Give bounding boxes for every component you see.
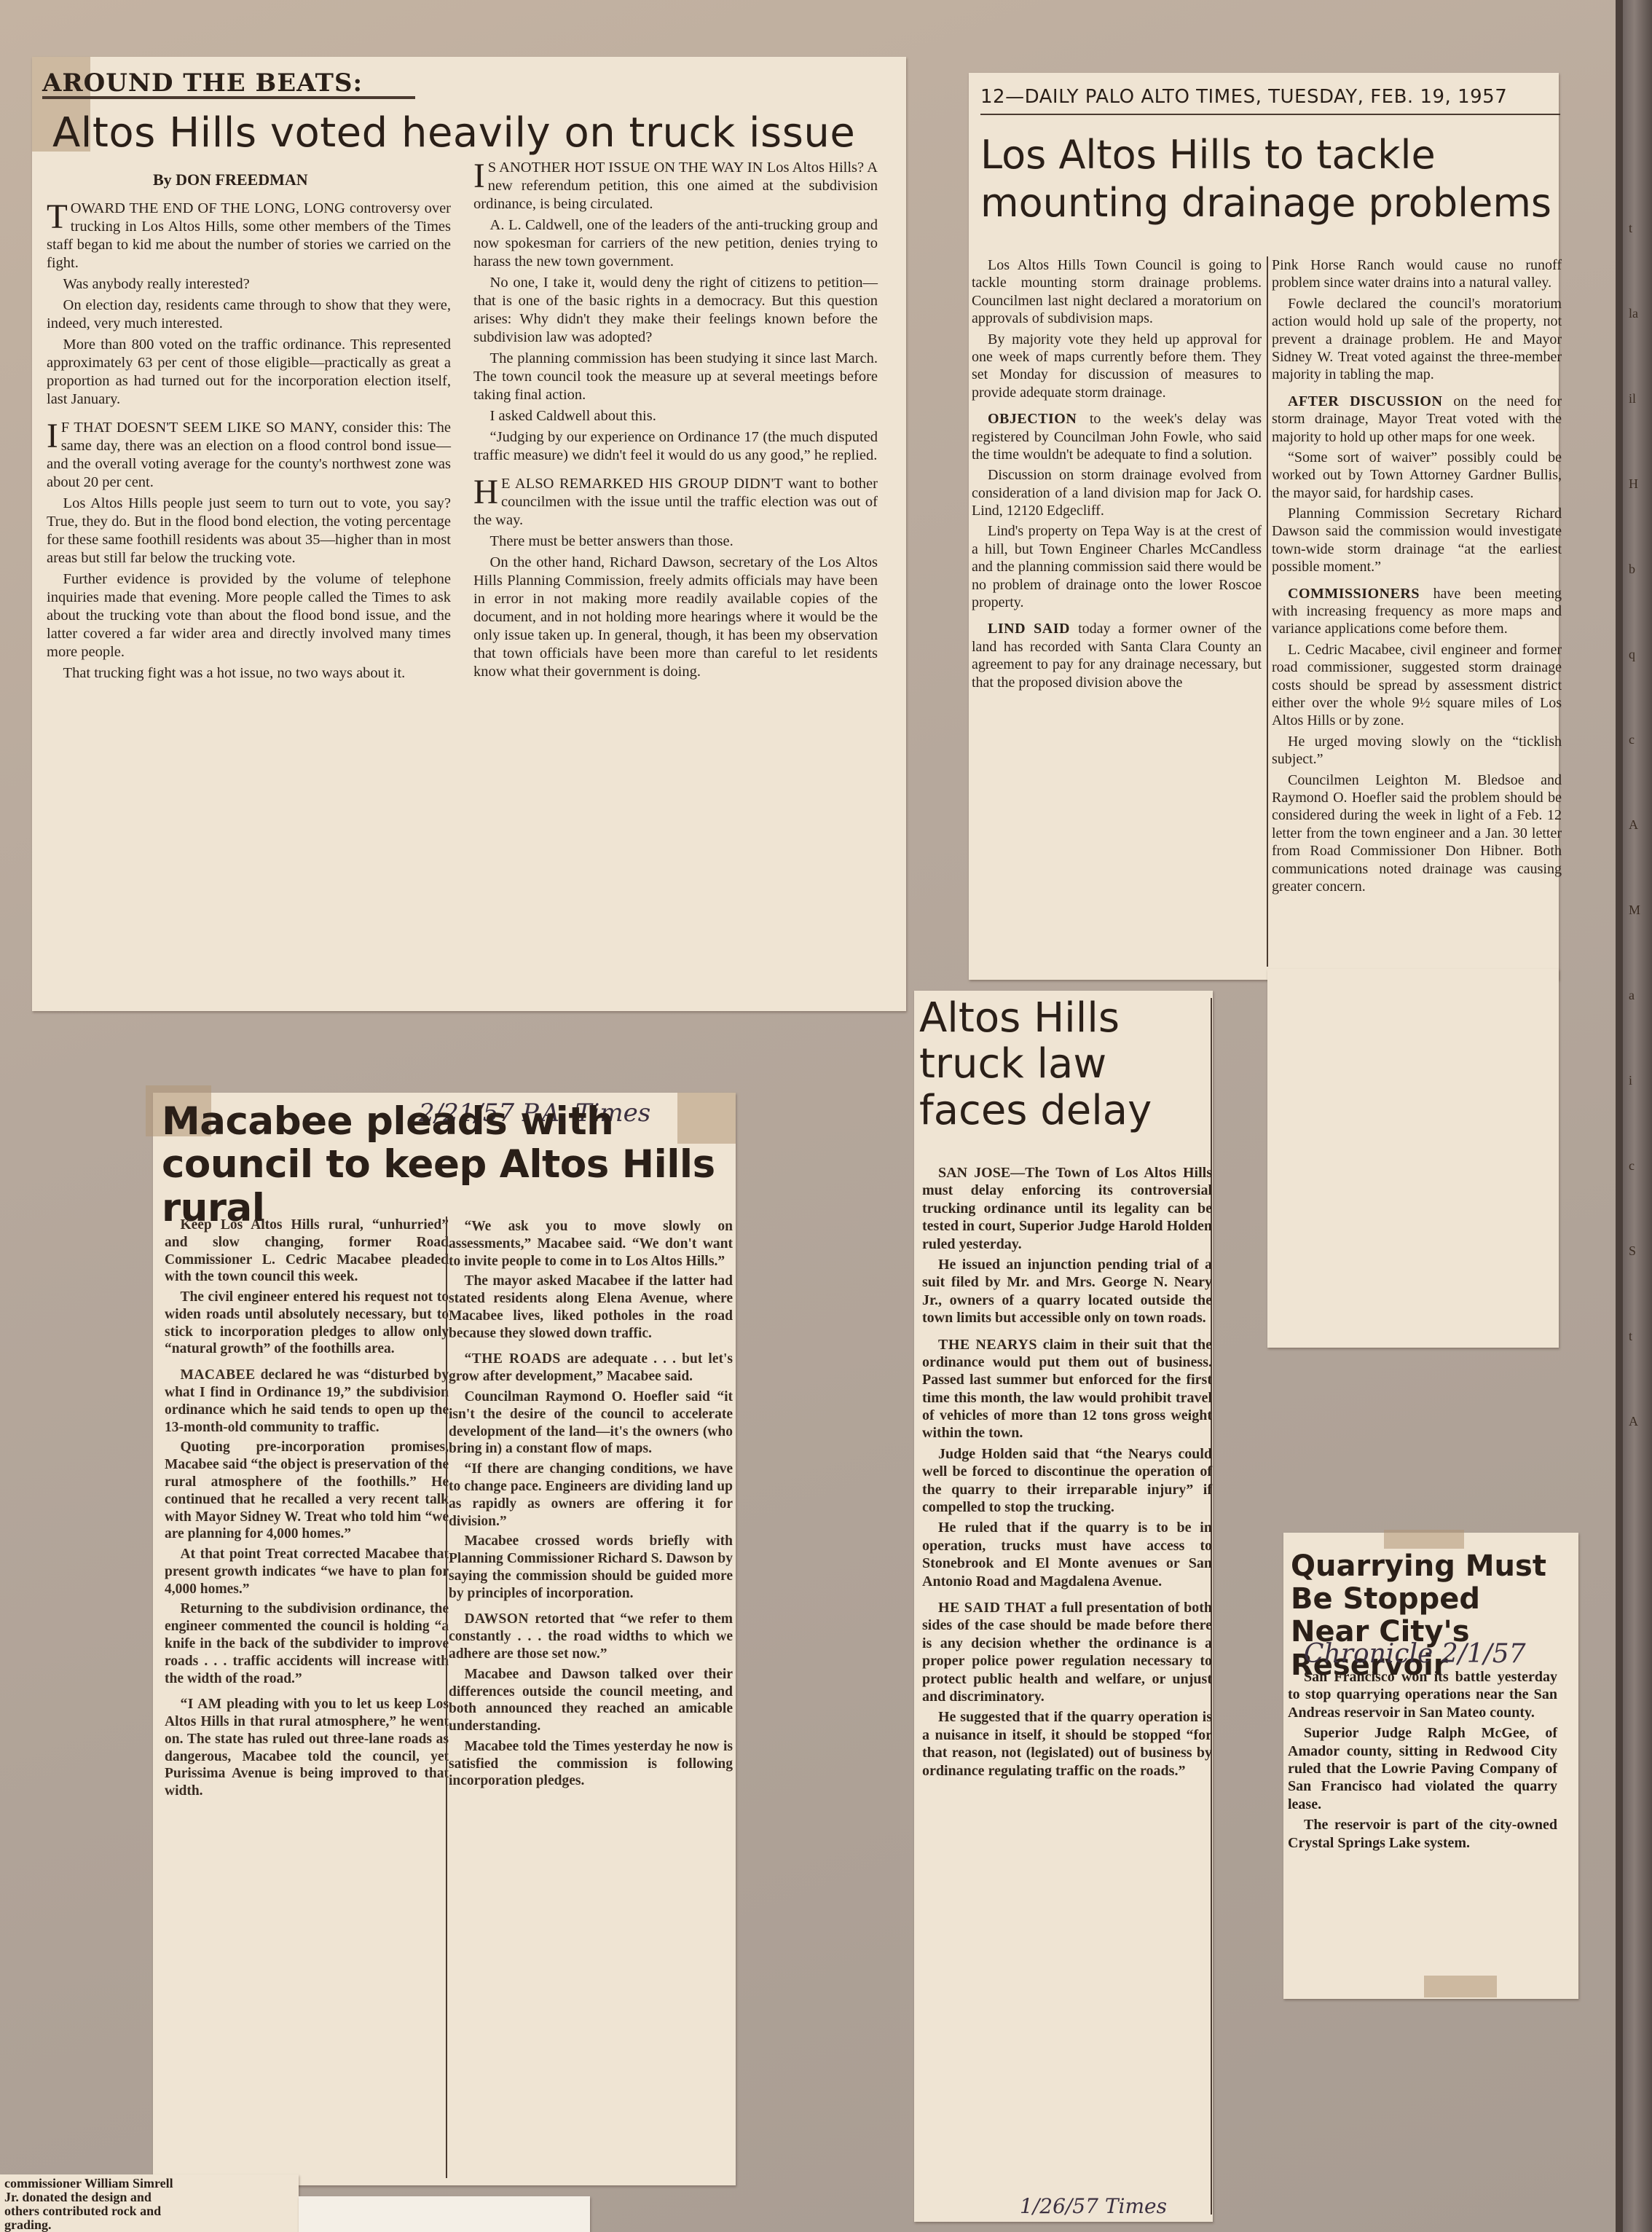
paragraph: Quoting pre-incorporation promises, Maca…	[165, 1439, 449, 1543]
paragraph: Los Altos Hills Town Council is going to…	[972, 256, 1262, 328]
paragraph: Discussion on storm drainage evolved fro…	[972, 466, 1262, 519]
paragraph: He ruled that if the quarry is to be in …	[922, 1519, 1212, 1590]
paragraph: Fowle declared the council's moratorium …	[1272, 295, 1562, 384]
edge-letter: A	[1629, 815, 1640, 835]
paragraph: By majority vote they held up approval f…	[972, 331, 1262, 402]
handwritten-source-note: Chronicle 2/1/57	[1304, 1639, 1526, 1669]
paragraph: On the other hand, Richard Dawson, secre…	[473, 554, 878, 681]
headline: Los Altos Hills to tackle mounting drain…	[980, 131, 1563, 227]
paragraph: “If there are changing conditions, we ha…	[449, 1461, 733, 1530]
paragraph: Judge Holden said that “the Nearys could…	[922, 1445, 1212, 1517]
paragraph: Los Altos Hills people just seem to turn…	[47, 495, 451, 567]
adjacent-page-fragment: tlailHbqcAMaicStA	[1629, 219, 1640, 1497]
paragraph: He urged moving slowly on the “ticklish …	[1272, 733, 1562, 769]
paragraph: Pink Horse Ranch would cause no runoff p…	[1272, 256, 1562, 292]
paragraph: HE ALSO REMARKED HIS GROUP DIDN'T want t…	[473, 475, 878, 530]
paragraph: He suggested that if the quarry operatio…	[922, 1708, 1212, 1780]
column-rule	[1267, 256, 1268, 967]
edge-letter: t	[1629, 1327, 1640, 1346]
lead-in-caps: E ALSO REMARKED HIS GROUP DIDN'T	[501, 476, 788, 492]
edge-letter: b	[1629, 559, 1640, 579]
paragraph: There must be better answers than those.	[473, 533, 878, 551]
lead-in-caps: S ANOTHER HOT ISSUE ON THE WAY IN	[488, 160, 767, 176]
edge-letter: q	[1629, 645, 1640, 664]
lead-in-caps: OWARD THE END OF THE LONG, LONG	[71, 200, 350, 216]
paragraph: Macabee crossed words briefly with Plann…	[449, 1533, 733, 1602]
paragraph: “THE ROADS are adequate . . . but let's …	[449, 1351, 733, 1386]
edge-letter: S	[1629, 1241, 1640, 1261]
article-column: IS ANOTHER HOT ISSUE ON THE WAY IN Los A…	[473, 159, 878, 684]
paragraph: The civil engineer entered his request n…	[165, 1289, 449, 1358]
fragment-text: commissioner William SimrellJr. donated …	[4, 2177, 288, 2232]
drop-cap: T	[47, 203, 68, 232]
tape	[1424, 1976, 1497, 1997]
paragraph: More than 800 voted on the traffic ordin…	[47, 336, 451, 409]
edge-letter: il	[1629, 389, 1640, 409]
paragraph: San Francisco won its battle yesterday t…	[1288, 1668, 1557, 1721]
paragraph: HE SAID THAT a full presentation of both…	[922, 1599, 1212, 1705]
paragraph: “We ask you to move slowly on assessment…	[449, 1218, 733, 1270]
dateline: 12—DAILY PALO ALTO TIMES, TUESDAY, FEB. …	[980, 86, 1507, 108]
clipping-fragment-blank	[299, 2196, 590, 2232]
paragraph: Councilmen Leighton M. Bledsoe and Raymo…	[1272, 771, 1562, 896]
paragraph: Councilman Raymond O. Hoefler said “it i…	[449, 1388, 733, 1458]
paragraph: Superior Judge Ralph McGee, of Amador co…	[1288, 1724, 1557, 1813]
edge-letter: H	[1629, 474, 1640, 494]
paragraph: The reservoir is part of the city-owned …	[1288, 1816, 1557, 1852]
edge-letter: c	[1629, 730, 1640, 750]
paragraph: On election day, residents came through …	[47, 296, 451, 333]
paragraph: Macabee told the Times yesterday he now …	[449, 1738, 733, 1790]
paragraph: IS ANOTHER HOT ISSUE ON THE WAY IN Los A…	[473, 159, 878, 213]
column-kicker: AROUND THE BEATS:	[42, 68, 363, 98]
paragraph: TOWARD THE END OF THE LONG, LONG controv…	[47, 200, 451, 272]
lead-in-caps: F THAT DOESN'T SEEM LIKE SO MANY,	[61, 420, 342, 436]
edge-letter: c	[1629, 1156, 1640, 1176]
clipping-drainage-continued	[1267, 969, 1559, 1348]
paragraph: AFTER DISCUSSION on the need for storm d…	[1272, 393, 1562, 446]
edge-letter: M	[1629, 900, 1640, 920]
fragment-line: Jr. donated the design and	[4, 2190, 288, 2204]
handwritten-date-note: 1/26/57 Times	[1020, 2194, 1167, 2218]
bold-lead-in: COMMISSIONERS	[1288, 586, 1433, 602]
paragraph: That trucking fight was a hot issue, no …	[47, 664, 451, 683]
article-column: SAN JOSE—The Town of Los Altos Hills mus…	[922, 1164, 1212, 1783]
paragraph: Lind's property on Tepa Way is at the cr…	[972, 522, 1262, 611]
bold-lead-in: OBJECTION	[988, 411, 1090, 427]
paragraph: L. Cedric Macabee, civil engineer and fo…	[1272, 641, 1562, 730]
headline: Macabee pleads with council to keep Alto…	[162, 1100, 737, 1230]
paragraph: I asked Caldwell about this.	[473, 407, 878, 425]
edge-letter: la	[1629, 304, 1640, 323]
fragment-line: commissioner William Simrell	[4, 2177, 288, 2190]
paragraph: “Some sort of waiver” possibly could be …	[1272, 449, 1562, 502]
drop-cap: I	[473, 162, 485, 191]
article-column: San Francisco won its battle yesterday t…	[1288, 1668, 1557, 1855]
article-column: TOWARD THE END OF THE LONG, LONG controv…	[47, 200, 451, 685]
bold-lead-in: “THE ROADS	[464, 1351, 567, 1367]
bold-lead-in: HE SAID THAT	[938, 1600, 1050, 1616]
edge-letter: t	[1629, 219, 1640, 238]
bold-lead-in: MACABEE	[180, 1367, 260, 1383]
article-column: “We ask you to move slowly on assessment…	[449, 1218, 733, 1793]
paragraph: “Judging by our experience on Ordinance …	[473, 428, 878, 465]
kicker-underline	[42, 96, 415, 99]
paragraph: Keep Los Altos Hills rural, “unhurried” …	[165, 1217, 449, 1286]
tape	[1384, 1530, 1464, 1549]
headline: Altos Hills voted heavily on truck issue	[52, 109, 855, 157]
article-column: Los Altos Hills Town Council is going to…	[972, 256, 1262, 694]
edge-letter: i	[1629, 1071, 1640, 1091]
paragraph: The planning commission has been studyin…	[473, 350, 878, 404]
paragraph: OBJECTION to the week's delay was regist…	[972, 410, 1262, 463]
byline: By DON FREEDMAN	[153, 170, 308, 189]
bold-lead-in: AFTER DISCUSSION	[1288, 393, 1453, 409]
bold-lead-in: LIND SAID	[988, 621, 1078, 637]
paragraph: No one, I take it, would deny the right …	[473, 274, 878, 347]
paragraph: IF THAT DOESN'T SEEM LIKE SO MANY, consi…	[47, 419, 451, 492]
paragraph: SAN JOSE—The Town of Los Altos Hills mus…	[922, 1164, 1212, 1253]
paragraph: LIND SAID today a former owner of the la…	[972, 620, 1262, 691]
paragraph: A. L. Caldwell, one of the leaders of th…	[473, 216, 878, 271]
paragraph: Was anybody really interested?	[47, 275, 451, 294]
bold-lead-in: DAWSON	[464, 1611, 535, 1627]
drop-cap: H	[473, 478, 498, 507]
fragment-line: others contributed rock and	[4, 2204, 288, 2218]
bold-lead-in: THE NEARYS	[938, 1337, 1043, 1353]
paragraph: DAWSON retorted that “we refer to them c…	[449, 1611, 733, 1662]
edge-letter: a	[1629, 986, 1640, 1005]
paragraph: THE NEARYS claim in their suit that the …	[922, 1336, 1212, 1442]
drop-cap: I	[47, 422, 58, 451]
edge-letter: A	[1629, 1412, 1640, 1431]
paragraph: MACABEE declared he was “disturbed by wh…	[165, 1367, 449, 1436]
article-column: Keep Los Altos Hills rural, “unhurried” …	[165, 1217, 449, 1803]
headline: Altos Hills truck law faces delay	[919, 995, 1196, 1133]
article-column: Pink Horse Ranch would cause no runoff p…	[1272, 256, 1562, 898]
column-rule	[446, 1217, 447, 2178]
paragraph: COMMISSIONERS have been meeting with inc…	[1272, 585, 1562, 638]
paragraph: “I AM pleading with you to let us keep L…	[165, 1696, 449, 1800]
paragraph: Planning Commission Secretary Richard Da…	[1272, 505, 1562, 576]
paragraph: He issued an injunction pending trial of…	[922, 1256, 1212, 1327]
bold-lead-in: “I AM	[180, 1697, 227, 1712]
paragraph: Returning to the subdivision ordinance, …	[165, 1600, 449, 1687]
paragraph: At that point Treat corrected Macabee th…	[165, 1546, 449, 1598]
paragraph: The mayor asked Macabee if the latter ha…	[449, 1273, 733, 1342]
paragraph: Further evidence is provided by the volu…	[47, 570, 451, 661]
fragment-line: grading.	[4, 2218, 288, 2232]
paragraph: Macabee and Dawson talked over their dif…	[449, 1666, 733, 1735]
dateline-rule	[980, 114, 1560, 115]
